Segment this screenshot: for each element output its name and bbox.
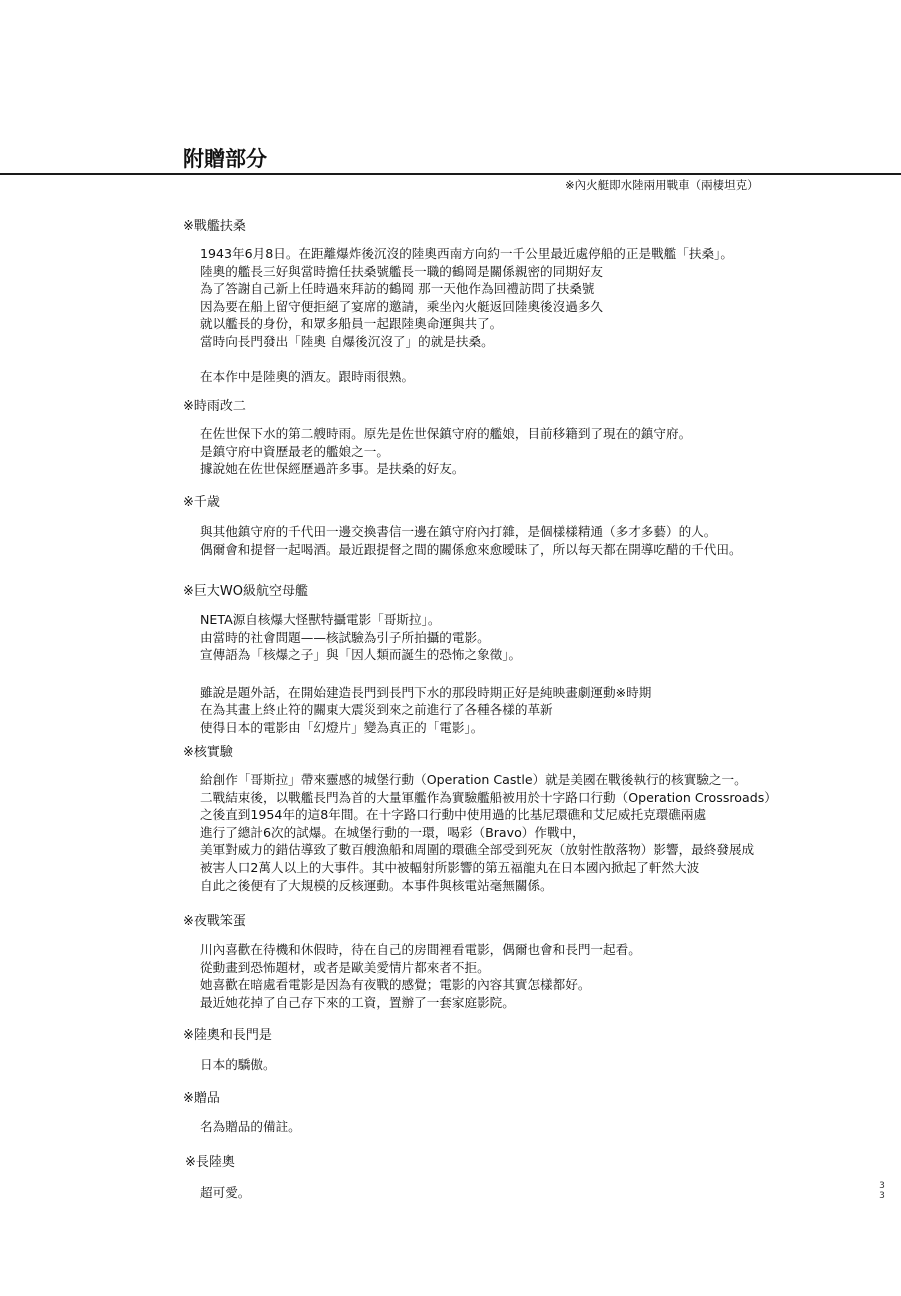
section-heading: ※核實驗 bbox=[183, 744, 777, 762]
text-line: 陸奧的艦長三好與當時擔任扶桑號艦長一職的鶴岡是關係親密的同期好友 bbox=[200, 263, 733, 281]
page-title: 附贈部分 bbox=[183, 146, 267, 172]
section-mutsu-nagato: ※陸奧和長門是 日本的驕傲。 bbox=[183, 1027, 276, 1074]
text-line: 在本作中是陸奧的酒友。跟時雨很熟。 bbox=[200, 368, 733, 386]
section-body: 給創作「哥斯拉」帶來靈感的城堡行動（Operation Castle）就是美國在… bbox=[183, 771, 777, 894]
section-body: NETA源自核爆大怪獸特攝電影「哥斯拉」。 由當時的社會問題——核試驗為引子所拍… bbox=[183, 611, 651, 737]
text-line: 為了答謝自己新上任時過來拜訪的鶴岡 那一天他作為回禮訪問了扶桑號 bbox=[200, 280, 733, 298]
section-body: 1943年6月8日。在距離爆炸後沉沒的陸奧西南方向約一千公里最近處停船的正是戰艦… bbox=[183, 245, 733, 386]
page-number: 3 3 bbox=[878, 1181, 886, 1201]
section-fuso: ※戰艦扶桑 1943年6月8日。在距離爆炸後沉沒的陸奧西南方向約一千公里最近處停… bbox=[183, 218, 733, 386]
section-heading: ※千歳 bbox=[183, 494, 742, 512]
text-line: 二戰結束後，以戰艦長門為首的大量軍艦作為實驗艦船被用於十字路口行動（Operat… bbox=[200, 789, 777, 807]
page-number-digit: 3 bbox=[878, 1191, 886, 1201]
text-line: 由當時的社會問題——核試驗為引子所拍攝的電影。 bbox=[200, 629, 651, 647]
text-line: 被害人口2萬人以上的大事件。其中被輻射所影響的第五福龍丸在日本國內掀起了軒然大波 bbox=[200, 859, 777, 877]
section-heading: ※時雨改二 bbox=[183, 398, 691, 416]
text-line: 她喜歡在暗處看電影是因為有夜戰的感覺；電影的內容其實怎樣都好。 bbox=[200, 976, 641, 994]
text-line: 是鎮守府中資歷最老的艦娘之一。 bbox=[200, 443, 691, 461]
section-heading: ※贈品 bbox=[183, 1090, 301, 1108]
section-body: 與其他鎮守府的千代田一邊交換書信一邊在鎮守府內打雜，是個樣樣精通（多才多藝）的人… bbox=[183, 523, 742, 558]
section-nuclear-test: ※核實驗 給創作「哥斯拉」帶來靈感的城堡行動（Operation Castle）… bbox=[183, 744, 777, 894]
section-body: 超可愛。 bbox=[185, 1184, 250, 1202]
section-body: 日本的驕傲。 bbox=[183, 1056, 276, 1074]
section-chitose: ※千歳 與其他鎮守府的千代田一邊交換書信一邊在鎮守府內打雜，是個樣樣精通（多才多… bbox=[183, 494, 742, 558]
text-line: 因為要在船上留守便拒絕了宴席的邀請，乘坐內火艇返回陸奧後沒過多久 bbox=[200, 298, 733, 316]
text-line: 美軍對威力的錯估導致了數百艘漁船和周圍的環礁全部受到死灰（放射性散落物）影響，最… bbox=[200, 841, 777, 859]
text-line: 當時向長門發出「陸奧 自爆後沉沒了」的就是扶桑。 bbox=[200, 333, 733, 351]
text-line: 偶爾會和提督一起喝酒。最近跟提督之間的關係愈來愈曖昧了，所以每天都在開導吃醋的千… bbox=[200, 541, 742, 559]
text-line: 據說她在佐世保經歷過許多事。是扶桑的好友。 bbox=[200, 460, 691, 478]
section-shigure-kai-ni: ※時雨改二 在佐世保下水的第二艘時雨。原先是佐世保鎮守府的艦娘，目前移籍到了現在… bbox=[183, 398, 691, 478]
section-body: 名為贈品的備註。 bbox=[183, 1118, 301, 1136]
text-line: 使得日本的電影由「幻燈片」變為真正的「電影」。 bbox=[200, 719, 651, 737]
text-line: 進行了總計6次的試爆。在城堡行動的一環，喝彩（Bravo）作戰中， bbox=[200, 824, 777, 842]
text-line: 自此之後便有了大規模的反核運動。本事件與核電站毫無關係。 bbox=[200, 877, 777, 895]
text-line: 在佐世保下水的第二艘時雨。原先是佐世保鎮守府的艦娘，目前移籍到了現在的鎮守府。 bbox=[200, 425, 691, 443]
section-heading: ※巨大WO級航空母艦 bbox=[183, 583, 651, 601]
text-line: 最近她花掉了自己存下來的工資，置辦了一套家庭影院。 bbox=[200, 994, 641, 1012]
section-body: 在佐世保下水的第二艘時雨。原先是佐世保鎮守府的艦娘，目前移籍到了現在的鎮守府。 … bbox=[183, 425, 691, 478]
section-bonus: ※贈品 名為贈品的備註。 bbox=[183, 1090, 301, 1136]
text-line: 雖說是題外話，在開始建造長門到長門下水的那段時期正好是純映畫劇運動※時期 bbox=[200, 684, 651, 702]
text-line: 從動畫到恐怖題材，或者是歐美愛情片都來者不拒。 bbox=[200, 959, 641, 977]
section-heading: ※戰艦扶桑 bbox=[183, 218, 733, 236]
text-line: 宣傳語為「核爆之子」與「因人類而誕生的恐怖之象徵」。 bbox=[200, 646, 651, 664]
text-line: 給創作「哥斯拉」帶來靈感的城堡行動（Operation Castle）就是美國在… bbox=[200, 771, 777, 789]
text-line: 超可愛。 bbox=[200, 1184, 250, 1202]
section-body: 川內喜歡在待機和休假時，待在自己的房間裡看電影，偶爾也會和長門一起看。 從動畫到… bbox=[183, 941, 641, 1011]
text-line: 就以艦長的身份，和眾多船員一起跟陸奧命運與共了。 bbox=[200, 315, 733, 333]
text-line: 日本的驕傲。 bbox=[200, 1056, 276, 1074]
text-line: 名為贈品的備註。 bbox=[200, 1118, 301, 1136]
header-footnote: ※內火艇即水陸兩用戰車（兩棲坦克） bbox=[565, 177, 759, 193]
text-line: 之後直到1954年的這8年間。在十字路口行動中使用過的比基尼環礁和艾尼威托克環礁… bbox=[200, 806, 777, 824]
text-line: 與其他鎮守府的千代田一邊交換書信一邊在鎮守府內打雜，是個樣樣精通（多才多藝）的人… bbox=[200, 523, 742, 541]
title-divider bbox=[0, 173, 901, 175]
section-heading: ※夜戰笨蛋 bbox=[183, 913, 641, 931]
text-line: 1943年6月8日。在距離爆炸後沉沒的陸奧西南方向約一千公里最近處停船的正是戰艦… bbox=[200, 245, 733, 263]
section-giant-wo-class: ※巨大WO級航空母艦 NETA源自核爆大怪獸特攝電影「哥斯拉」。 由當時的社會問… bbox=[183, 583, 651, 737]
section-heading: ※長陸奧 bbox=[185, 1154, 250, 1172]
page-number-digit: 3 bbox=[878, 1181, 886, 1191]
section-naga-mutsu: ※長陸奧 超可愛。 bbox=[185, 1154, 250, 1202]
text-line: 川內喜歡在待機和休假時，待在自己的房間裡看電影，偶爾也會和長門一起看。 bbox=[200, 941, 641, 959]
section-night-battle-idiot: ※夜戰笨蛋 川內喜歡在待機和休假時，待在自己的房間裡看電影，偶爾也會和長門一起看… bbox=[183, 913, 641, 1011]
text-line: 在為其畫上終止符的關東大震災到來之前進行了各種各樣的革新 bbox=[200, 701, 651, 719]
text-line: NETA源自核爆大怪獸特攝電影「哥斯拉」。 bbox=[200, 611, 651, 629]
section-heading: ※陸奧和長門是 bbox=[183, 1027, 276, 1045]
